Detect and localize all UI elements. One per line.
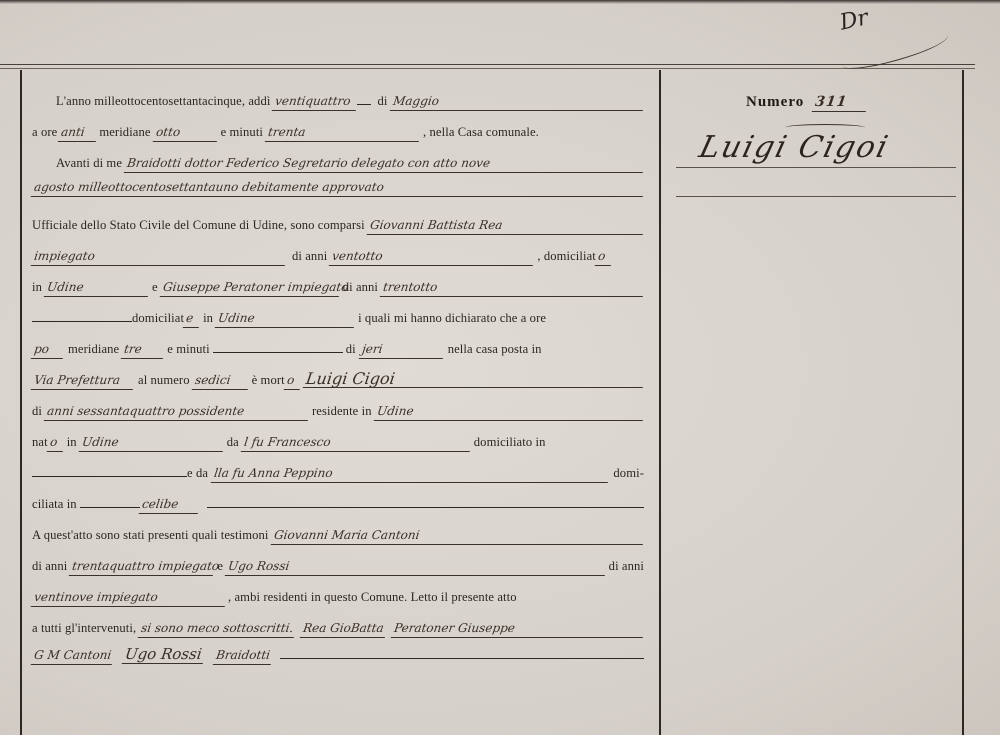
- handwritten-occupation: impiegato: [31, 248, 288, 266]
- handwritten-suffix: e: [183, 310, 202, 328]
- handwritten-suffix: o: [595, 248, 614, 266]
- handwritten-age: trentotto: [380, 279, 645, 297]
- printed-text: di anni: [292, 241, 327, 272]
- signature-rossi: Ugo Rossi: [122, 646, 205, 664]
- printed-text: , nella Casa comunale.: [423, 117, 539, 148]
- printed-text: e da: [187, 458, 208, 489]
- printed-text: meridiane: [68, 334, 119, 365]
- signature-braidotti: Braidotti: [212, 647, 272, 665]
- printed-text: Ufficiale dello Stato Civile del Comune …: [32, 210, 365, 241]
- signature-line: G M Cantoni Ugo Rossi Braidotti: [32, 644, 644, 675]
- handwritten-mother: lla fu Anna Peppino: [211, 465, 611, 483]
- form-line: domiciliat e in Udine i quali mi hanno d…: [32, 303, 644, 334]
- handwritten-minutes: trenta: [265, 124, 422, 142]
- handwritten-witness-2-age: ventinove impiegato: [31, 589, 228, 607]
- printed-text: in: [67, 427, 77, 458]
- printed-text: di anni: [32, 551, 67, 582]
- printed-text: residente in: [312, 396, 372, 427]
- handwritten-suffix: o: [283, 372, 302, 390]
- printed-text: nat: [32, 427, 48, 458]
- printed-text: e minuti: [221, 117, 263, 148]
- margin-deceased-name: Luigi Cigoi: [696, 130, 893, 165]
- handwritten-declarant-2: Giuseppe Peratoner impiegato: [159, 279, 341, 297]
- printed-text: da: [227, 427, 239, 458]
- handwritten-residence: Udine: [373, 403, 645, 421]
- margin-rule: [676, 167, 956, 168]
- handwritten-place: Udine: [215, 310, 357, 328]
- form-line: agosto milleottocentosettantauno debitam…: [32, 179, 644, 210]
- printed-text: Avanti di me: [56, 148, 122, 179]
- signature-cantoni: G M Cantoni: [31, 647, 115, 665]
- printed-text: di: [346, 334, 356, 365]
- right-border: [962, 70, 964, 735]
- handwritten-witness-2: Ugo Rossi: [225, 558, 607, 576]
- form-line: e da lla fu Anna Peppino domi-: [32, 458, 644, 489]
- form-line: impiegato di anni ventotto , domiciliat …: [32, 241, 644, 272]
- record-number: Numero 311: [746, 94, 867, 112]
- left-border: [20, 70, 22, 735]
- handwritten-house-number: sedici: [191, 372, 250, 390]
- numero-label: Numero: [746, 94, 804, 110]
- form-line: di anni sessantaquattro possidente resid…: [32, 396, 644, 427]
- handwritten-place: Udine: [44, 279, 151, 297]
- printed-text: domiciliat: [132, 303, 184, 334]
- printed-text: , ambi residenti in questo Comune. Letto…: [228, 582, 517, 613]
- printed-text: di: [32, 396, 42, 427]
- form-line: Via Prefettura al numero sedici è mort o…: [32, 365, 644, 396]
- printed-text: in: [203, 303, 213, 334]
- document-page: Dr Numero 311 Luigi Cigoi L'anno milleot…: [0, 0, 1000, 735]
- column-divider: [659, 70, 661, 735]
- printed-text: A quest'atto sono stati presenti quali t…: [32, 520, 269, 551]
- handwritten-am-pm: anti: [58, 124, 99, 142]
- handwritten-street: Via Prefettura: [31, 372, 136, 390]
- printed-text: domi-: [613, 458, 644, 489]
- printed-text: in: [32, 272, 42, 303]
- form-line: ciliata in celibe: [32, 489, 644, 520]
- handwritten-deceased-name: Luigi Cigoi: [302, 370, 645, 388]
- handwritten-age-occupation: anni sessantaquattro possidente: [44, 403, 311, 421]
- handwritten-birthplace: Udine: [78, 434, 225, 452]
- form-line: in Udine e Giuseppe Peratoner impiegato …: [32, 272, 644, 303]
- printed-text: e: [152, 272, 158, 303]
- form-line: ventinove impiegato , ambi residenti in …: [32, 582, 644, 613]
- printed-text: ciliata in: [32, 489, 77, 520]
- printed-text: i quali mi hanno dichiarato che a ore: [358, 303, 546, 334]
- margin-rule: [676, 196, 956, 197]
- header-rule: [0, 64, 975, 69]
- printed-text: e minuti: [167, 334, 209, 365]
- handwritten-witness-1-age: trentaquattro impiegato: [69, 558, 216, 576]
- signature-peratoner: Peratoner Giuseppe: [391, 620, 646, 638]
- handwritten-officer-continued: agosto milleottocentosettantauno debitam…: [31, 179, 646, 197]
- printed-text: L'anno milleottocentosettantacinque, add…: [56, 86, 270, 117]
- printed-text: al numero: [138, 365, 190, 396]
- handwritten-marital-status: celibe: [138, 496, 200, 514]
- handwritten-witness-1: Giovanni Maria Cantoni: [270, 527, 645, 545]
- page-edge: [0, 0, 1000, 4]
- printed-text: a ore: [32, 117, 57, 148]
- printed-text: , domiciliat: [537, 241, 596, 272]
- form-line: nat o in Udine da l fu Francesco domicil…: [32, 427, 644, 458]
- printed-text: a tutti gl'intervenuti,: [32, 613, 136, 644]
- numero-value: 311: [812, 94, 869, 112]
- printed-text: domiciliato in: [474, 427, 546, 458]
- handwritten-closing: si sono meco sottoscritti.: [138, 620, 297, 638]
- form-line: po meridiane tre e minuti di jeri nella …: [32, 334, 644, 365]
- handwritten-day: ventiquattro: [272, 93, 359, 111]
- handwritten-father: l fu Francesco: [241, 434, 473, 452]
- printed-text: di: [377, 86, 387, 117]
- form-line: Ufficiale dello Stato Civile del Comune …: [32, 210, 644, 241]
- handwritten-hour: tre: [121, 341, 166, 359]
- printed-text: è mort: [252, 365, 285, 396]
- handwritten-month: Maggio: [390, 93, 645, 111]
- printed-text: di anni: [609, 551, 644, 582]
- form-line: Avanti di me Braidotti dottor Federico S…: [32, 148, 644, 179]
- handwritten-suffix: o: [46, 434, 65, 452]
- form-line: A quest'atto sono stati presenti quali t…: [32, 520, 644, 551]
- form-line: di anni trentaquattro impiegato e Ugo Ro…: [32, 551, 644, 582]
- handwritten-hour: otto: [152, 124, 219, 142]
- printed-text: meridiane: [99, 117, 150, 148]
- handwritten-day-ref: jeri: [358, 341, 445, 359]
- handwritten-officer: Braidotti dottor Federico Segretario del…: [124, 155, 645, 173]
- form-line: a ore anti meridiane otto e minuti trent…: [32, 117, 644, 148]
- printed-text: nella casa posta in: [448, 334, 542, 365]
- form-line: L'anno milleottocentosettantacinque, add…: [32, 86, 644, 117]
- form-line: a tutti gl'intervenuti, si sono meco sot…: [32, 613, 644, 644]
- death-record-form: L'anno milleottocentosettantacinque, add…: [32, 86, 644, 675]
- top-signature: Dr: [838, 5, 871, 35]
- handwritten-age: ventotto: [329, 248, 536, 266]
- handwritten-declarant-1: Giovanni Battista Rea: [366, 217, 645, 235]
- handwritten-am-pm: po: [31, 341, 66, 359]
- signature-rea: Rea GioBatta: [300, 620, 387, 638]
